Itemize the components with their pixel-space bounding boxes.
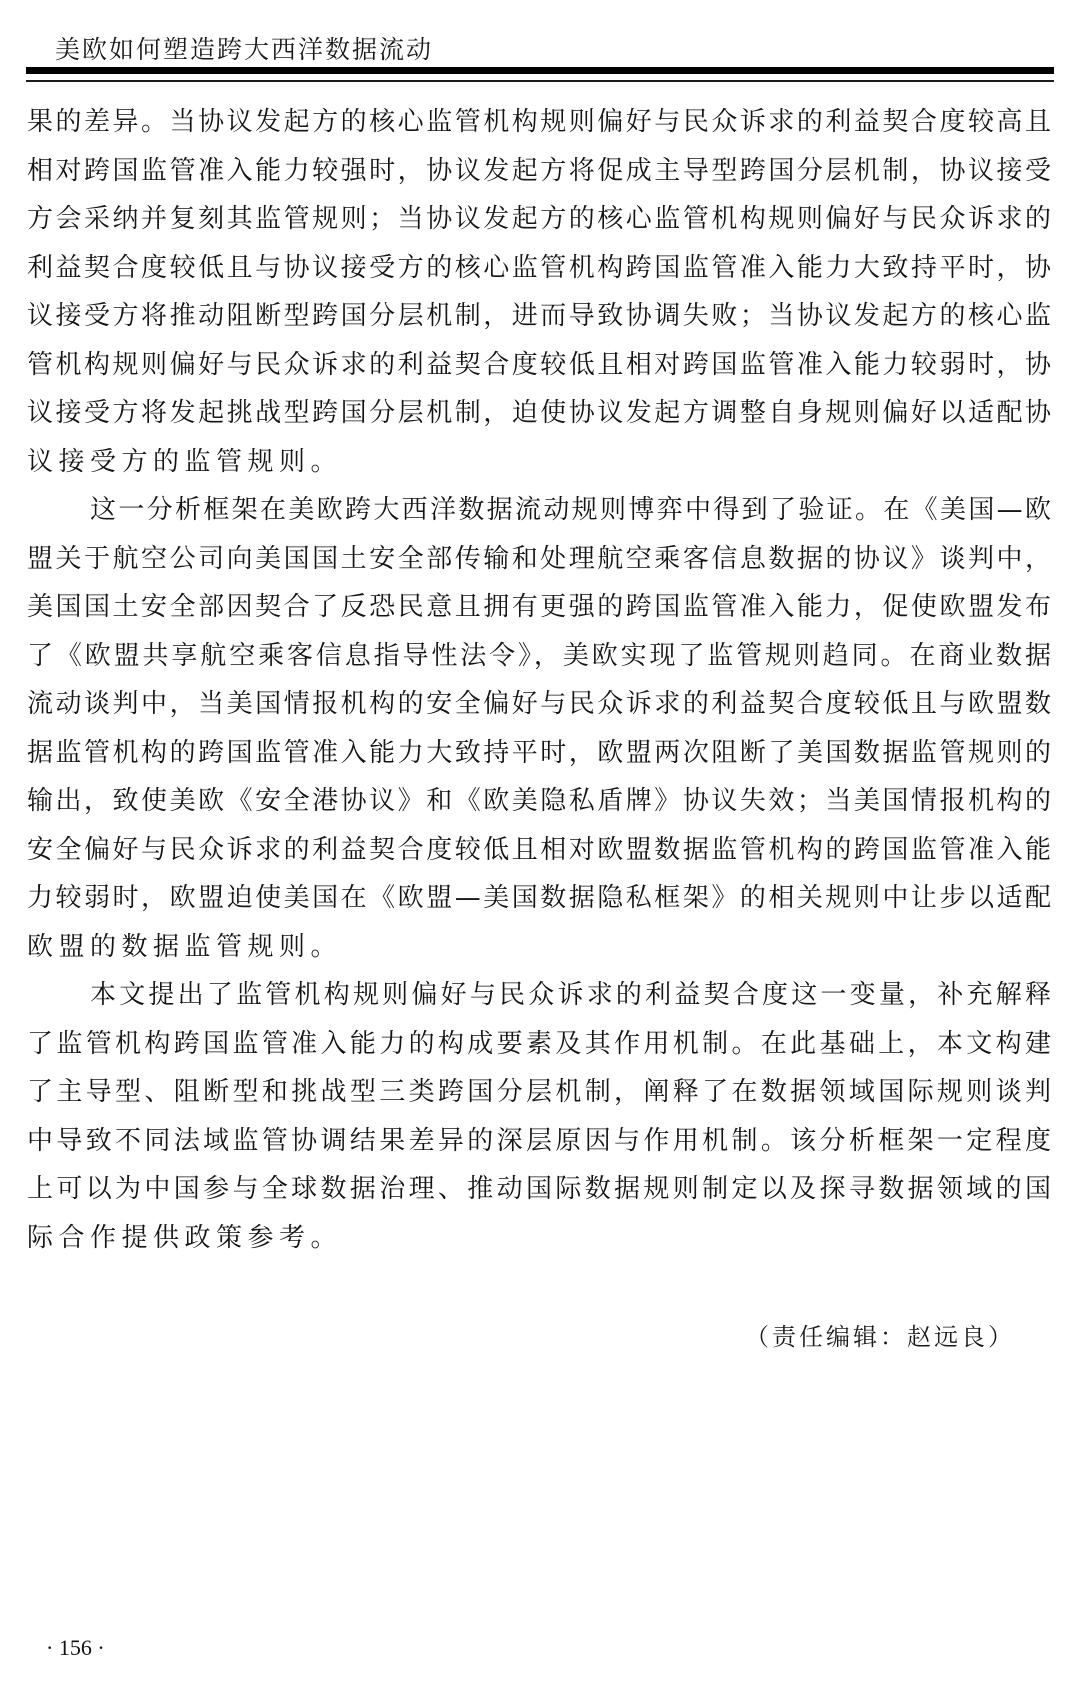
text-line: 议接受方将发起挑战型跨国分层机制，迫使协议发起方调整自身规则偏好以适配协 — [27, 389, 1051, 438]
article-body: 果的差异。当协议发起方的核心监管机构规则偏好与民众诉求的利益契合度较高且 相对跨… — [27, 98, 1051, 1262]
text-line: 管机构规则偏好与民众诉求的利益契合度较低且相对跨国监管准入能力较弱时，协 — [27, 341, 1051, 390]
text-line: 欧盟的数据监管规则。 — [27, 923, 1051, 972]
text-line: 输出，致使美欧《安全港协议》和《欧美隐私盾牌》协议失效；当美国情报机构的 — [27, 777, 1051, 826]
editor-note: （责任编辑：赵远良） — [745, 1318, 1015, 1356]
paragraph-2: 这一分析框架在美欧跨大西洋数据流动规则博弈中得到了验证。在《美国—欧 盟关于航空… — [27, 486, 1051, 971]
paragraph-3: 本文提出了监管机构规则偏好与民众诉求的利益契合度这一变量，补充解释 了监管机构跨… — [27, 971, 1051, 1262]
text-line: 了《欧盟共享航空乘客信息指导性法令》，美欧实现了监管规则趋同。在商业数据 — [27, 632, 1051, 681]
text-line: 相对跨国监管准入能力较强时，协议发起方将促成主导型跨国分层机制，协议接受 — [27, 147, 1051, 196]
text-line: 际合作提供政策参考。 — [27, 1214, 1051, 1263]
text-line: 了主导型、阻断型和挑战型三类跨国分层机制，阐释了在数据领域国际规则谈判 — [27, 1068, 1051, 1117]
text-line: 果的差异。当协议发起方的核心监管机构规则偏好与民众诉求的利益契合度较高且 — [27, 98, 1051, 147]
text-line: 本文提出了监管机构规则偏好与民众诉求的利益契合度这一变量，补充解释 — [27, 971, 1051, 1020]
page-number: · 156 · — [46, 1633, 105, 1663]
text-line: 议接受方将推动阻断型跨国分层机制，进而导致协调失败；当协议发起方的核心监 — [27, 292, 1051, 341]
text-line: 据监管机构的跨国监管准入能力大致持平时，欧盟两次阻断了美国数据监管规则的 — [27, 729, 1051, 778]
text-line: 中导致不同法域监管协调结果差异的深层原因与作用机制。该分析框架一定程度 — [27, 1117, 1051, 1166]
text-line: 这一分析框架在美欧跨大西洋数据流动规则博弈中得到了验证。在《美国—欧 — [27, 486, 1051, 535]
text-line: 了监管机构跨国监管准入能力的构成要素及其作用机制。在此基础上，本文构建 — [27, 1020, 1051, 1069]
text-line: 美国国土安全部因契合了反恐民意且拥有更强的跨国监管准入能力，促使欧盟发布 — [27, 583, 1051, 632]
header-rule-thick — [26, 67, 1054, 74]
paragraph-1: 果的差异。当协议发起方的核心监管机构规则偏好与民众诉求的利益契合度较高且 相对跨… — [27, 98, 1051, 486]
text-line: 方会采纳并复刻其监管规则；当协议发起方的核心监管机构规则偏好与民众诉求的 — [27, 195, 1051, 244]
running-header-title: 美欧如何塑造跨大西洋数据流动 — [55, 32, 433, 68]
text-line: 议接受方的监管规则。 — [27, 438, 1051, 487]
text-line: 盟关于航空公司向美国国土安全部传输和处理航空乘客信息数据的协议》谈判中， — [27, 535, 1051, 584]
text-line: 力较弱时，欧盟迫使美国在《欧盟—美国数据隐私框架》的相关规则中让步以适配 — [27, 874, 1051, 923]
text-line: 流动谈判中，当美国情报机构的安全偏好与民众诉求的利益契合度较低且与欧盟数 — [27, 680, 1051, 729]
text-line: 上可以为中国参与全球数据治理、推动国际数据规则制定以及探寻数据领域的国 — [27, 1165, 1051, 1214]
text-line: 安全偏好与民众诉求的利益契合度较低且相对欧盟数据监管机构的跨国监管准入能 — [27, 826, 1051, 875]
header-rule-thin — [26, 80, 1054, 82]
text-line: 利益契合度较低且与协议接受方的核心监管机构跨国监管准入能力大致持平时，协 — [27, 244, 1051, 293]
